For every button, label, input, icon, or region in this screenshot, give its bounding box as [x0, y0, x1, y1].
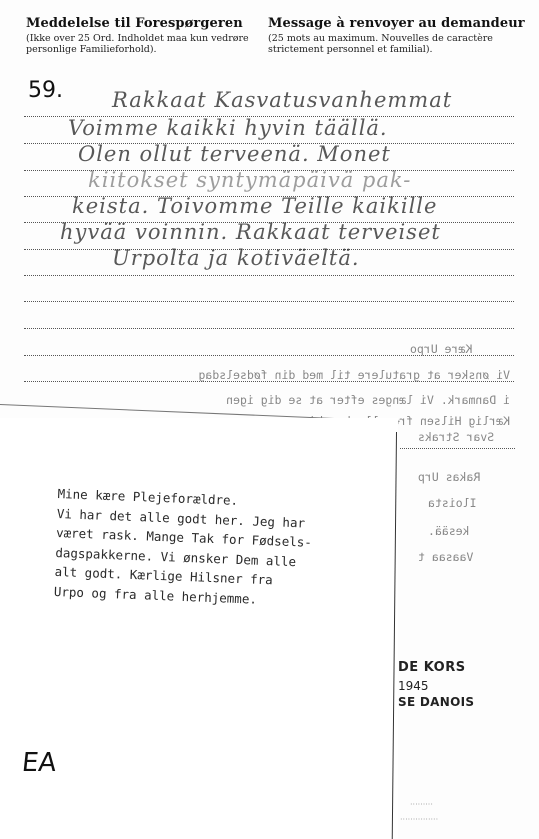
- header-danish: Meddelelse til Forespørgeren (Ikke over …: [26, 16, 251, 55]
- header-french: Message à renvoyer au demandeur (25 mots…: [268, 16, 528, 55]
- ruled-line: [24, 328, 514, 329]
- handwritten-line: Rakkaat Kasvatusvanhemmat: [112, 88, 452, 112]
- bleed-through-line: Vi ønsker at gratulere til med din fødse…: [20, 368, 510, 382]
- bleed-through-line: Kære Urpo: [410, 342, 472, 356]
- handwritten-line: hyvää voinnin. Rakkaat terveiset: [60, 220, 441, 244]
- bleed-through-side: Iloista: [428, 496, 476, 510]
- bleed-through-side: Vaasaa t: [418, 550, 473, 564]
- red-cross-stamp: DE KORS 1945 SE DANOIS: [398, 660, 528, 709]
- pasted-note-paper: [0, 418, 398, 839]
- ruled-line: [24, 275, 514, 276]
- handwritten-line: Olen ollut terveenä. Monet: [78, 142, 391, 166]
- header-danish-subtitle: (Ikke over 25 Ord. Indholdet maa kun ved…: [26, 33, 251, 55]
- ruled-line: [24, 301, 514, 302]
- handwritten-line: Voimme kaikki hyvin täällä.: [68, 116, 388, 140]
- handwritten-number: 59.: [28, 78, 63, 103]
- stamp-line: DE KORS: [398, 660, 528, 675]
- document-page: Meddelelse til Forespørgeren (Ikke over …: [0, 0, 539, 839]
- bleed-through-side: Rakas Urp: [418, 470, 480, 484]
- handwritten-line: Urpolta ja kotiväeltä.: [112, 246, 360, 270]
- bleed-through-line: i Danmark. Vi længes efter at se dig ige…: [60, 393, 510, 407]
- stamp-line: SE DANOIS: [398, 695, 528, 709]
- ruled-line: [400, 448, 515, 449]
- header-danish-title: Meddelelse til Forespørgeren: [26, 16, 251, 31]
- handwritten-line: kiitokset syntymäpäivä pak-: [88, 168, 411, 192]
- header-french-title: Message à renvoyer au demandeur: [268, 16, 528, 31]
- bleed-through-side: kesää.: [428, 524, 470, 538]
- handwritten-initials: EA: [20, 748, 57, 778]
- faint-print-mark: ···············: [400, 815, 438, 824]
- bleed-through-line: Svar Straks: [418, 430, 494, 444]
- faint-print-mark: ·········: [410, 800, 433, 809]
- handwritten-line: keista. Toivomme Teille kaikille: [72, 194, 437, 218]
- stamp-date: 1945: [398, 679, 528, 693]
- typed-message: Mine kære Plejeforældre. Vi har det alle…: [54, 484, 398, 614]
- header-french-subtitle: (25 mots au maximum. Nouvelles de caract…: [268, 33, 528, 55]
